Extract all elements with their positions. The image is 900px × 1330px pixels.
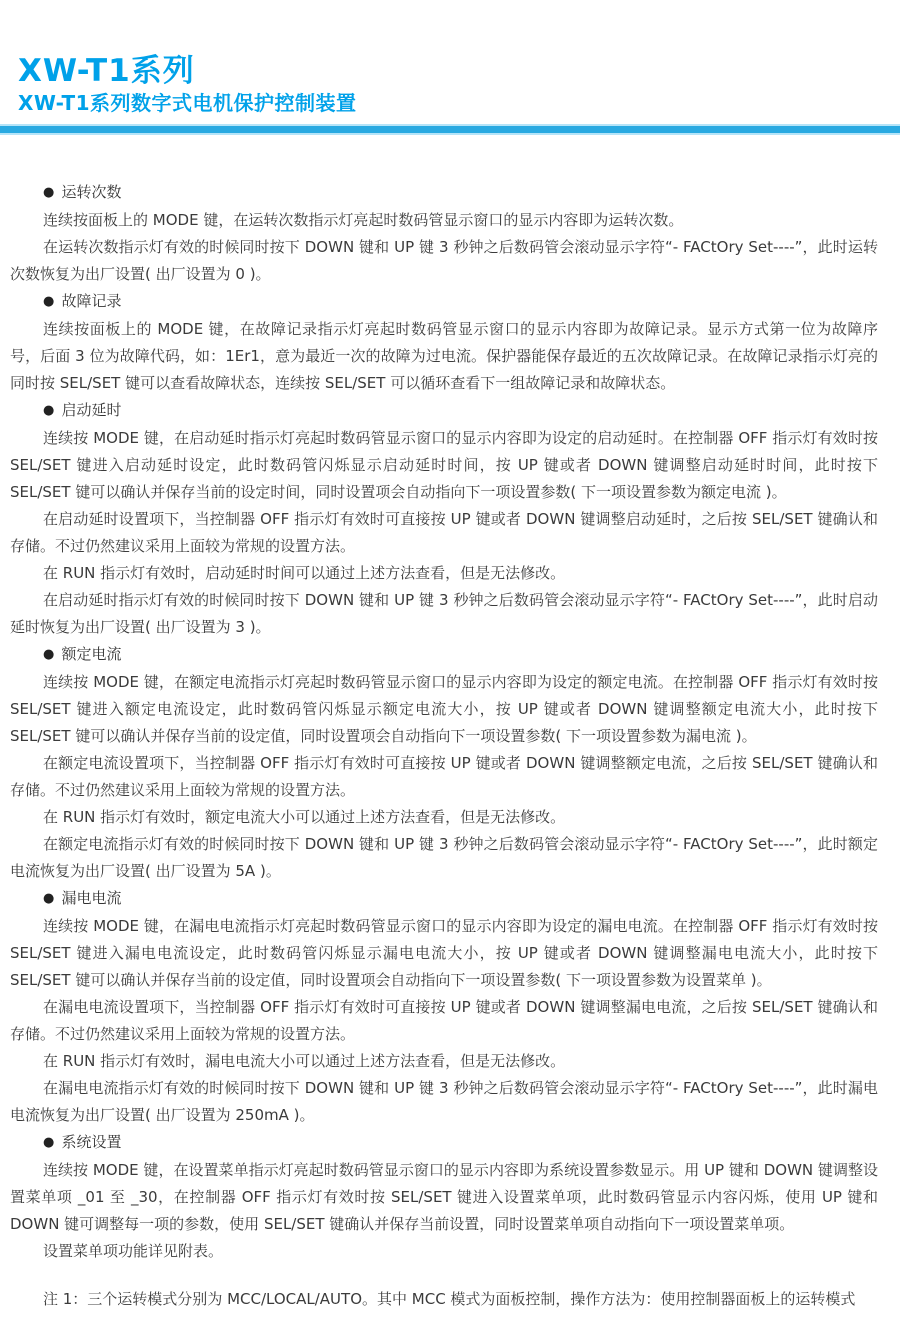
document-page: XW-T1系列 XW-T1系列数字式电机保护控制装置 ●运转次数 连续按面板上的…: [0, 0, 900, 1330]
page-subtitle: XW-T1系列数字式电机保护控制装置: [18, 91, 900, 115]
bullet-icon: ●: [43, 397, 54, 424]
paragraph: 在额定电流设置项下，当控制器 OFF 指示灯有效时可直接按 UP 键或者 DOW…: [10, 750, 878, 804]
section-heading-label: 系统设置: [61, 1133, 121, 1151]
bullet-icon: ●: [43, 288, 54, 315]
paragraph: 连续按 MODE 键，在设置菜单指示灯亮起时数码管显示窗口的显示内容即为系统设置…: [10, 1157, 878, 1238]
section-heading: ●启动延时: [10, 397, 878, 425]
paragraph: 在 RUN 指示灯有效时，启动延时时间可以通过上述方法查看，但是无法修改。: [10, 560, 878, 587]
footnote: 注 1：三个运转模式分别为 MCC/LOCAL/AUTO。其中 MCC 模式为面…: [10, 1286, 878, 1313]
section-heading-label: 故障记录: [61, 292, 121, 310]
section-heading-label: 启动延时: [61, 401, 121, 419]
section-heading: ●故障记录: [10, 288, 878, 316]
paragraph: 在额定电流指示灯有效的时候同时按下 DOWN 键和 UP 键 3 秒钟之后数码管…: [10, 831, 878, 885]
paragraph: 在启动延时指示灯有效的时候同时按下 DOWN 键和 UP 键 3 秒钟之后数码管…: [10, 587, 878, 641]
section-heading: ●漏电电流: [10, 885, 878, 913]
divider-bar: [0, 124, 900, 135]
section-paragraphs: 连续按 MODE 键，在漏电电流指示灯亮起时数码管显示窗口的显示内容即为设定的漏…: [10, 913, 878, 1129]
paragraph: 连续按面板上的 MODE 键，在故障记录指示灯亮起时数码管显示窗口的显示内容即为…: [10, 316, 878, 397]
bullet-icon: ●: [43, 1129, 54, 1156]
paragraph: 在运转次数指示灯有效的时候同时按下 DOWN 键和 UP 键 3 秒钟之后数码管…: [10, 234, 878, 288]
section-paragraphs: 连续按 MODE 键，在额定电流指示灯亮起时数码管显示窗口的显示内容即为设定的额…: [10, 669, 878, 885]
paragraph: 连续按面板上的 MODE 键，在运转次数指示灯亮起时数码管显示窗口的显示内容即为…: [10, 207, 878, 234]
section-paragraphs: 连续按面板上的 MODE 键，在运转次数指示灯亮起时数码管显示窗口的显示内容即为…: [10, 207, 878, 288]
paragraph: 设置菜单项功能详见附表。: [10, 1238, 878, 1265]
section-heading: ●运转次数: [10, 179, 878, 207]
section: ●额定电流 连续按 MODE 键，在额定电流指示灯亮起时数码管显示窗口的显示内容…: [10, 641, 878, 885]
bullet-icon: ●: [43, 641, 54, 668]
paragraph: 在 RUN 指示灯有效时，额定电流大小可以通过上述方法查看，但是无法修改。: [10, 804, 878, 831]
document-content: ●运转次数 连续按面板上的 MODE 键，在运转次数指示灯亮起时数码管显示窗口的…: [10, 179, 878, 1265]
paragraph: 连续按 MODE 键，在启动延时指示灯亮起时数码管显示窗口的显示内容即为设定的启…: [10, 425, 878, 506]
page-title: XW-T1系列: [18, 54, 900, 88]
section-heading-label: 漏电电流: [61, 889, 121, 907]
section-paragraphs: 连续按 MODE 键，在启动延时指示灯亮起时数码管显示窗口的显示内容即为设定的启…: [10, 425, 878, 641]
section-paragraphs: 连续按面板上的 MODE 键，在故障记录指示灯亮起时数码管显示窗口的显示内容即为…: [10, 316, 878, 397]
bullet-icon: ●: [43, 885, 54, 912]
bullet-icon: ●: [43, 179, 54, 206]
section-heading: ●系统设置: [10, 1129, 878, 1157]
section-heading: ●额定电流: [10, 641, 878, 669]
section: ●启动延时 连续按 MODE 键，在启动延时指示灯亮起时数码管显示窗口的显示内容…: [10, 397, 878, 641]
paragraph: 在启动延时设置项下，当控制器 OFF 指示灯有效时可直接按 UP 键或者 DOW…: [10, 506, 878, 560]
paragraph: 连续按 MODE 键，在漏电电流指示灯亮起时数码管显示窗口的显示内容即为设定的漏…: [10, 913, 878, 994]
page-header: XW-T1系列 XW-T1系列数字式电机保护控制装置: [0, 0, 900, 115]
section-heading-label: 运转次数: [61, 183, 121, 201]
section: ●运转次数 连续按面板上的 MODE 键，在运转次数指示灯亮起时数码管显示窗口的…: [10, 179, 878, 288]
section: ●漏电电流 连续按 MODE 键，在漏电电流指示灯亮起时数码管显示窗口的显示内容…: [10, 885, 878, 1129]
paragraph: 连续按 MODE 键，在额定电流指示灯亮起时数码管显示窗口的显示内容即为设定的额…: [10, 669, 878, 750]
paragraph: 在漏电电流设置项下，当控制器 OFF 指示灯有效时可直接按 UP 键或者 DOW…: [10, 994, 878, 1048]
section-heading-label: 额定电流: [61, 645, 121, 663]
paragraph: 在 RUN 指示灯有效时，漏电电流大小可以通过上述方法查看，但是无法修改。: [10, 1048, 878, 1075]
section: ●故障记录 连续按面板上的 MODE 键，在故障记录指示灯亮起时数码管显示窗口的…: [10, 288, 878, 397]
section-paragraphs: 连续按 MODE 键，在设置菜单指示灯亮起时数码管显示窗口的显示内容即为系统设置…: [10, 1157, 878, 1265]
section: ●系统设置 连续按 MODE 键，在设置菜单指示灯亮起时数码管显示窗口的显示内容…: [10, 1129, 878, 1265]
paragraph: 在漏电电流指示灯有效的时候同时按下 DOWN 键和 UP 键 3 秒钟之后数码管…: [10, 1075, 878, 1129]
